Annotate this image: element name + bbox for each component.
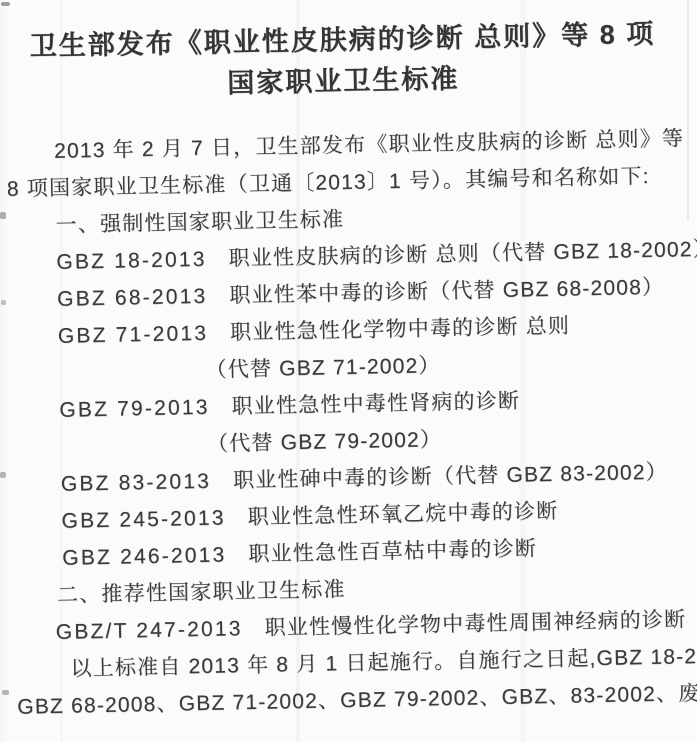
standard-code: GBZ 83-2013	[60, 463, 211, 503]
standard-desc: 职业性砷中毒的诊断（代替 GBZ 83-2002）	[233, 461, 668, 493]
document-title: 卫生部发布《职业性皮肤病的诊断 总则》等 8 项 国家职业卫生标准	[0, 13, 692, 109]
standard-desc: 职业性急性中毒性肾病的诊断	[231, 390, 520, 419]
standard-code: GBZ 18-2013	[56, 241, 207, 281]
standard-code: GBZ 71-2013	[57, 315, 208, 355]
standard-desc: 职业性苯中毒的诊断（代替 GBZ 68-2008）	[229, 276, 664, 308]
standard-code: GBZ 68-2013	[57, 278, 208, 318]
standard-code: GBZ 79-2013	[59, 389, 210, 429]
document-body: 2013 年 2 月 7 日，卫生部发布《职业性皮肤病的诊断 总则》等 8 项国…	[0, 120, 697, 726]
standard-code: GBZ 246-2013	[62, 536, 227, 576]
standard-desc: 职业性急性化学物中毒的诊断 总则	[230, 315, 570, 345]
standard-desc: 职业性皮肤病的诊断 总则（代替 GBZ 18-2002）	[228, 238, 697, 271]
standard-desc: 职业性急性环氧乙烷中毒的诊断	[247, 500, 558, 529]
standard-code: GBZ/T 247-2013	[55, 610, 243, 651]
standard-desc: 职业性慢性化学物中毒性周围神经病的诊断	[264, 608, 686, 639]
document-sheet: 卫生部发布《职业性皮肤病的诊断 总则》等 8 项 国家职业卫生标准 2013 年…	[0, 0, 697, 742]
standard-desc: 职业性急性百草枯中毒的诊断	[248, 537, 537, 566]
scan-speck	[1, 2, 10, 6]
standard-code: GBZ 245-2013	[61, 500, 226, 540]
